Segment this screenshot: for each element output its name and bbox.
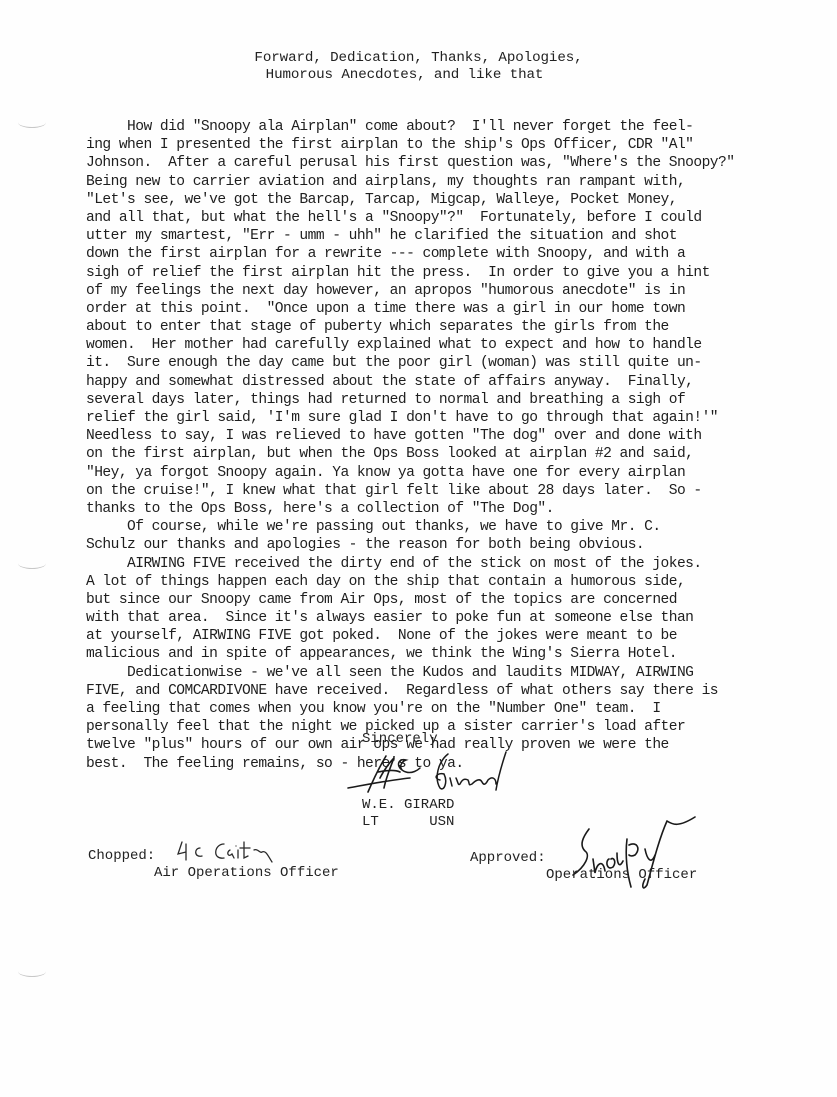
body-line: A lot of things happen each day on the s… bbox=[86, 573, 806, 591]
body-line: several days later, things had returned … bbox=[86, 391, 806, 409]
body-line: personally feel that the night we picked… bbox=[86, 718, 806, 736]
body-line: down the first airplan for a rewrite ---… bbox=[86, 245, 806, 263]
scanned-page: Forward, Dedication, Thanks, Apologies, … bbox=[0, 0, 837, 1097]
body-line: "Let's see, we've got the Barcap, Tarcap… bbox=[86, 191, 806, 209]
body-line: but since our Snoopy came from Air Ops, … bbox=[86, 591, 806, 609]
body-line: How did "Snoopy ala Airplan" come about?… bbox=[86, 118, 806, 136]
body-text: How did "Snoopy ala Airplan" come about?… bbox=[86, 118, 806, 773]
punch-hole-mark bbox=[18, 966, 46, 977]
title-line-1: Forward, Dedication, Thanks, Apologies, bbox=[0, 50, 837, 67]
body-line: thanks to the Ops Boss, here's a collect… bbox=[86, 500, 806, 518]
signature-chopped bbox=[172, 836, 282, 866]
body-line: women. Her mother had carefully explaine… bbox=[86, 336, 806, 354]
approved-title: Operations Officer bbox=[546, 867, 697, 884]
title-line-2: Humorous Anecdotes, and like that bbox=[0, 67, 837, 84]
body-line: and all that, but what the hell's a "Sno… bbox=[86, 209, 806, 227]
body-line: happy and somewhat distressed about the … bbox=[86, 373, 806, 391]
body-line: on the first airplan, but when the Ops B… bbox=[86, 445, 806, 463]
body-line: of my feelings the next day however, an … bbox=[86, 282, 806, 300]
body-line: relief the girl said, 'I'm sure glad I d… bbox=[86, 409, 806, 427]
body-line: "Hey, ya forgot Snoopy again. Ya know ya… bbox=[86, 464, 806, 482]
body-line: AIRWING FIVE received the dirty end of t… bbox=[86, 555, 806, 573]
body-line: sigh of relief the first airplan hit the… bbox=[86, 264, 806, 282]
closing: Sincerely bbox=[362, 731, 438, 748]
body-line: FIVE, and COMCARDIVONE have received. Re… bbox=[86, 682, 806, 700]
chopped-title: Air Operations Officer bbox=[154, 865, 339, 882]
body-line: order at this point. "Once upon a time t… bbox=[86, 300, 806, 318]
body-line: on the cruise!", I knew what that girl f… bbox=[86, 482, 806, 500]
body-line: a feeling that comes when you know you'r… bbox=[86, 700, 806, 718]
punch-hole-mark bbox=[18, 558, 46, 569]
punch-hole-mark bbox=[18, 117, 46, 128]
signature-girard bbox=[340, 748, 520, 800]
body-line: about to enter that stage of puberty whi… bbox=[86, 318, 806, 336]
body-line: Needless to say, I was relieved to have … bbox=[86, 427, 806, 445]
body-line: malicious and in spite of appearances, w… bbox=[86, 645, 806, 663]
body-line: ing when I presented the first airplan t… bbox=[86, 136, 806, 154]
signer-name: W.E. GIRARD bbox=[362, 797, 454, 814]
body-line: Johnson. After a careful perusal his fir… bbox=[86, 154, 806, 172]
body-line: Being new to carrier aviation and airpla… bbox=[86, 173, 806, 191]
body-line: it. Sure enough the day came but the poo… bbox=[86, 354, 806, 372]
body-line: Of course, while we're passing out thank… bbox=[86, 518, 806, 536]
approved-label: Approved: bbox=[470, 850, 546, 867]
body-line: at yourself, AIRWING FIVE got poked. Non… bbox=[86, 627, 806, 645]
chopped-label: Chopped: bbox=[88, 848, 155, 865]
document-title: Forward, Dedication, Thanks, Apologies, … bbox=[0, 50, 837, 84]
signer-rank: LT USN bbox=[362, 814, 454, 831]
body-line: Schulz our thanks and apologies - the re… bbox=[86, 536, 806, 554]
body-line: Dedicationwise - we've all seen the Kudo… bbox=[86, 664, 806, 682]
body-line: utter my smartest, "Err - umm - uhh" he … bbox=[86, 227, 806, 245]
body-line: with that area. Since it's always easier… bbox=[86, 609, 806, 627]
